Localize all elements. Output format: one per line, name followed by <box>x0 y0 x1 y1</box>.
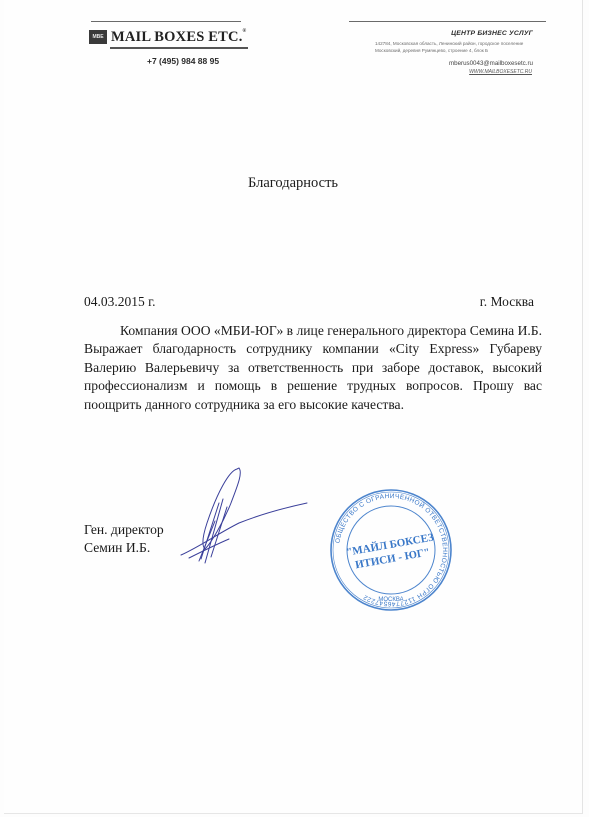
svg-text:МОСКВА: МОСКВА <box>378 597 403 603</box>
header-rule-right <box>349 21 546 22</box>
document-city: г. Москва <box>480 294 534 310</box>
signer-block: Ген. директор Семин И.Б. <box>84 521 164 557</box>
company-website: WWW.MAILBOXESETC.RU <box>469 69 532 75</box>
letter-page: MBE MAIL BOXES ETC.® +7 (495) 984 88 95 … <box>4 0 583 814</box>
document-title: Благодарность <box>4 175 582 192</box>
mbe-badge-icon: MBE <box>89 30 107 44</box>
company-address: 142784, Московская область, Ленинский ра… <box>375 40 555 54</box>
letter-body: Компания ООО «МБИ-ЮГ» в лице генеральног… <box>84 322 542 414</box>
company-phone: +7 (495) 984 88 95 <box>147 56 219 66</box>
document-date: 04.03.2015 г. <box>84 294 156 310</box>
logo-underline <box>110 47 248 49</box>
address-line-2: Московский, деревня Румянцево, строение … <box>375 47 555 54</box>
company-stamp-icon: ОБЩЕСТВО С ОГРАНИЧЕННОЙ ОТВЕТСТВЕННОСТЬЮ… <box>321 488 461 612</box>
signer-position: Ген. директор <box>84 521 164 539</box>
company-name: MAIL BOXES ETC.® <box>111 29 246 46</box>
signature-icon <box>179 463 309 568</box>
signer-name: Семин И.Б. <box>84 539 164 557</box>
company-email: mberus0043@mailboxesetc.ru <box>449 60 533 67</box>
address-line-1: 142784, Московская область, Ленинский ра… <box>375 40 555 47</box>
company-logo: MBE MAIL BOXES ETC.® <box>89 28 246 46</box>
business-center-title: ЦЕНТР БИЗНЕС УСЛУГ <box>451 30 533 37</box>
header-rule-left <box>91 21 241 22</box>
